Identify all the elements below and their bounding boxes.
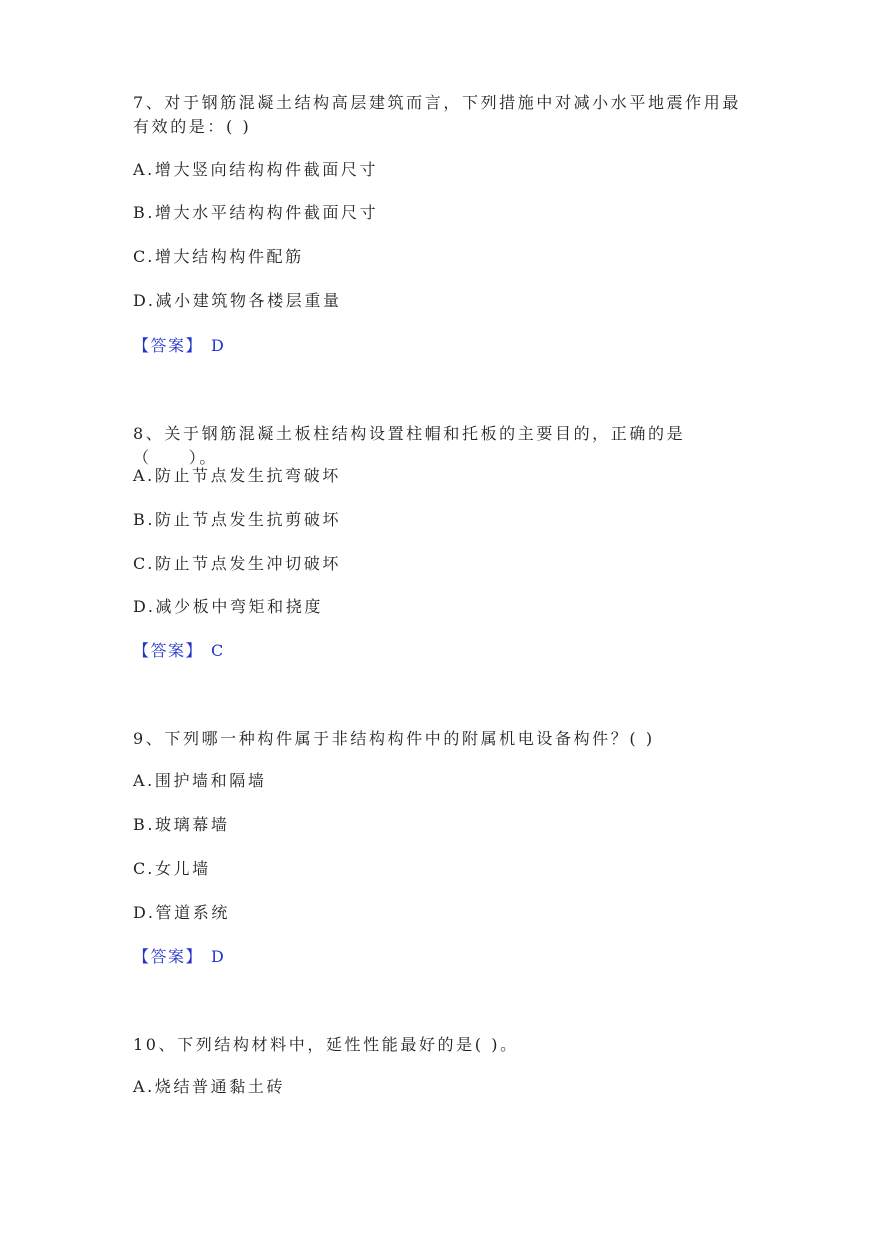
answer: 【答案】C: [133, 639, 225, 663]
answer-value: C: [211, 641, 225, 660]
question-stem: 9、下列哪一种构件属于非结构构件中的附属机电设备构件？( ): [133, 727, 753, 751]
option-b: B.防止节点发生抗剪破坏: [133, 508, 341, 532]
option-c: C.增大结构构件配筋: [133, 245, 304, 269]
option-c: C.女儿墙: [133, 857, 211, 881]
option-a: A.烧结普通黏土砖: [133, 1075, 285, 1099]
answer-label: 【答案】: [133, 947, 203, 966]
option-d: D.减少板中弯矩和挠度: [133, 595, 323, 619]
question-stem: 8、关于钢筋混凝土板柱结构设置柱帽和托板的主要目的，正确的是（ ）。: [133, 422, 753, 470]
answer-label: 【答案】: [133, 336, 203, 355]
option-d: D.减小建筑物各楼层重量: [133, 289, 342, 313]
answer: 【答案】D: [133, 334, 225, 358]
answer-value: D: [211, 336, 225, 355]
question-8: 8、关于钢筋混凝土板柱结构设置柱帽和托板的主要目的，正确的是（ ）。 A.防止节…: [133, 422, 753, 470]
question-10: 10、下列结构材料中，延性性能最好的是( )。 A.烧结普通黏土砖: [133, 1033, 753, 1057]
question-7: 7、对于钢筋混凝土结构高层建筑而言，下列措施中对减小水平地震作用最有效的是：( …: [133, 91, 753, 139]
answer: 【答案】D: [133, 945, 225, 969]
question-stem: 7、对于钢筋混凝土结构高层建筑而言，下列措施中对减小水平地震作用最有效的是：( …: [133, 91, 753, 139]
question-9: 9、下列哪一种构件属于非结构构件中的附属机电设备构件？( ) A.围护墙和隔墙 …: [133, 727, 753, 751]
option-d: D.管道系统: [133, 901, 230, 925]
option-b: B.增大水平结构构件截面尺寸: [133, 201, 378, 225]
option-b: B.玻璃幕墙: [133, 813, 229, 837]
option-a: A.围护墙和隔墙: [133, 769, 266, 793]
answer-value: D: [211, 947, 225, 966]
option-a: A.防止节点发生抗弯破坏: [133, 464, 341, 488]
option-c: C.防止节点发生冲切破坏: [133, 552, 341, 576]
option-a: A.增大竖向结构构件截面尺寸: [133, 158, 378, 182]
answer-label: 【答案】: [133, 641, 203, 660]
question-stem: 10、下列结构材料中，延性性能最好的是( )。: [133, 1033, 753, 1057]
